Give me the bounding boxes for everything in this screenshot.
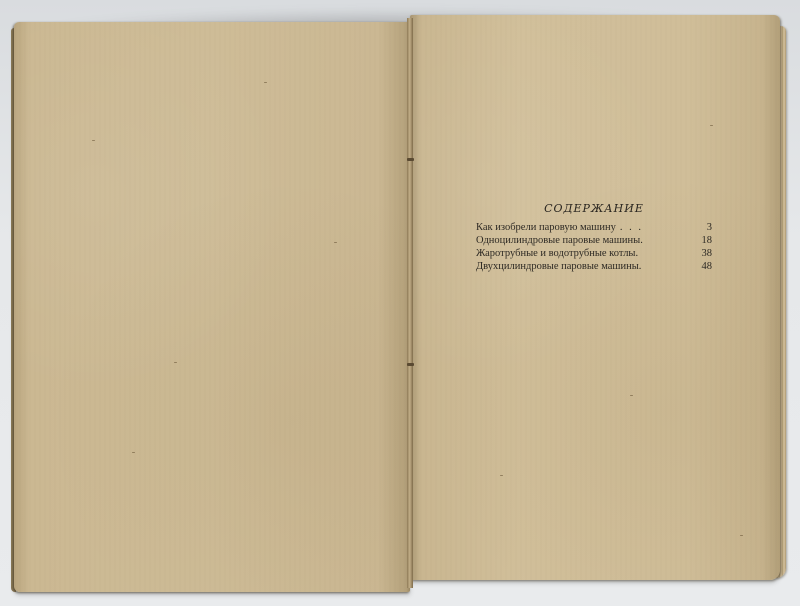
- toc-entry-page: 3: [703, 221, 712, 234]
- toc-entry-label: Как изобрели паровую машину: [476, 221, 616, 234]
- toc-entry-page: 18: [698, 234, 713, 247]
- toc-entry-page: 38: [698, 247, 713, 260]
- paper-speck: [500, 475, 503, 476]
- toc-title: СОДЕРЖАНИЕ: [476, 202, 712, 215]
- toc-entry-label: Двухцилиндровые паровые машины.: [476, 260, 641, 273]
- open-book: СОДЕРЖАНИЕ Как изобрели паровую машину .…: [0, 0, 800, 606]
- toc-entry: Как изобрели паровую машину . . . 3: [476, 221, 712, 234]
- toc-entry-label: Одноцилиндровые паровые машины.: [476, 234, 643, 247]
- paper-speck: [264, 82, 267, 83]
- binding-stitch: [407, 158, 414, 161]
- paper-speck: [740, 535, 743, 536]
- binding-stitch: [407, 363, 414, 366]
- paper-speck: [92, 140, 95, 141]
- left-page: [14, 22, 410, 592]
- toc-entry: Жаротрубные и водотрубные котлы. 38: [476, 247, 712, 260]
- table-of-contents: СОДЕРЖАНИЕ Как изобрели паровую машину .…: [476, 202, 712, 273]
- toc-entry: Двухцилиндровые паровые машины. 48: [476, 260, 712, 273]
- toc-entry-leader: . . .: [616, 221, 703, 234]
- toc-entry: Одноцилиндровые паровые машины. 18: [476, 234, 712, 247]
- book-spine: [407, 18, 413, 588]
- toc-entry-page: 48: [698, 260, 713, 273]
- paper-speck: [334, 242, 337, 243]
- right-page: [410, 15, 780, 580]
- paper-speck: [132, 452, 135, 453]
- paper-speck: [174, 362, 177, 363]
- toc-entry-label: Жаротрубные и водотрубные котлы.: [476, 247, 638, 260]
- paper-speck: [630, 395, 633, 396]
- paper-speck: [710, 125, 713, 126]
